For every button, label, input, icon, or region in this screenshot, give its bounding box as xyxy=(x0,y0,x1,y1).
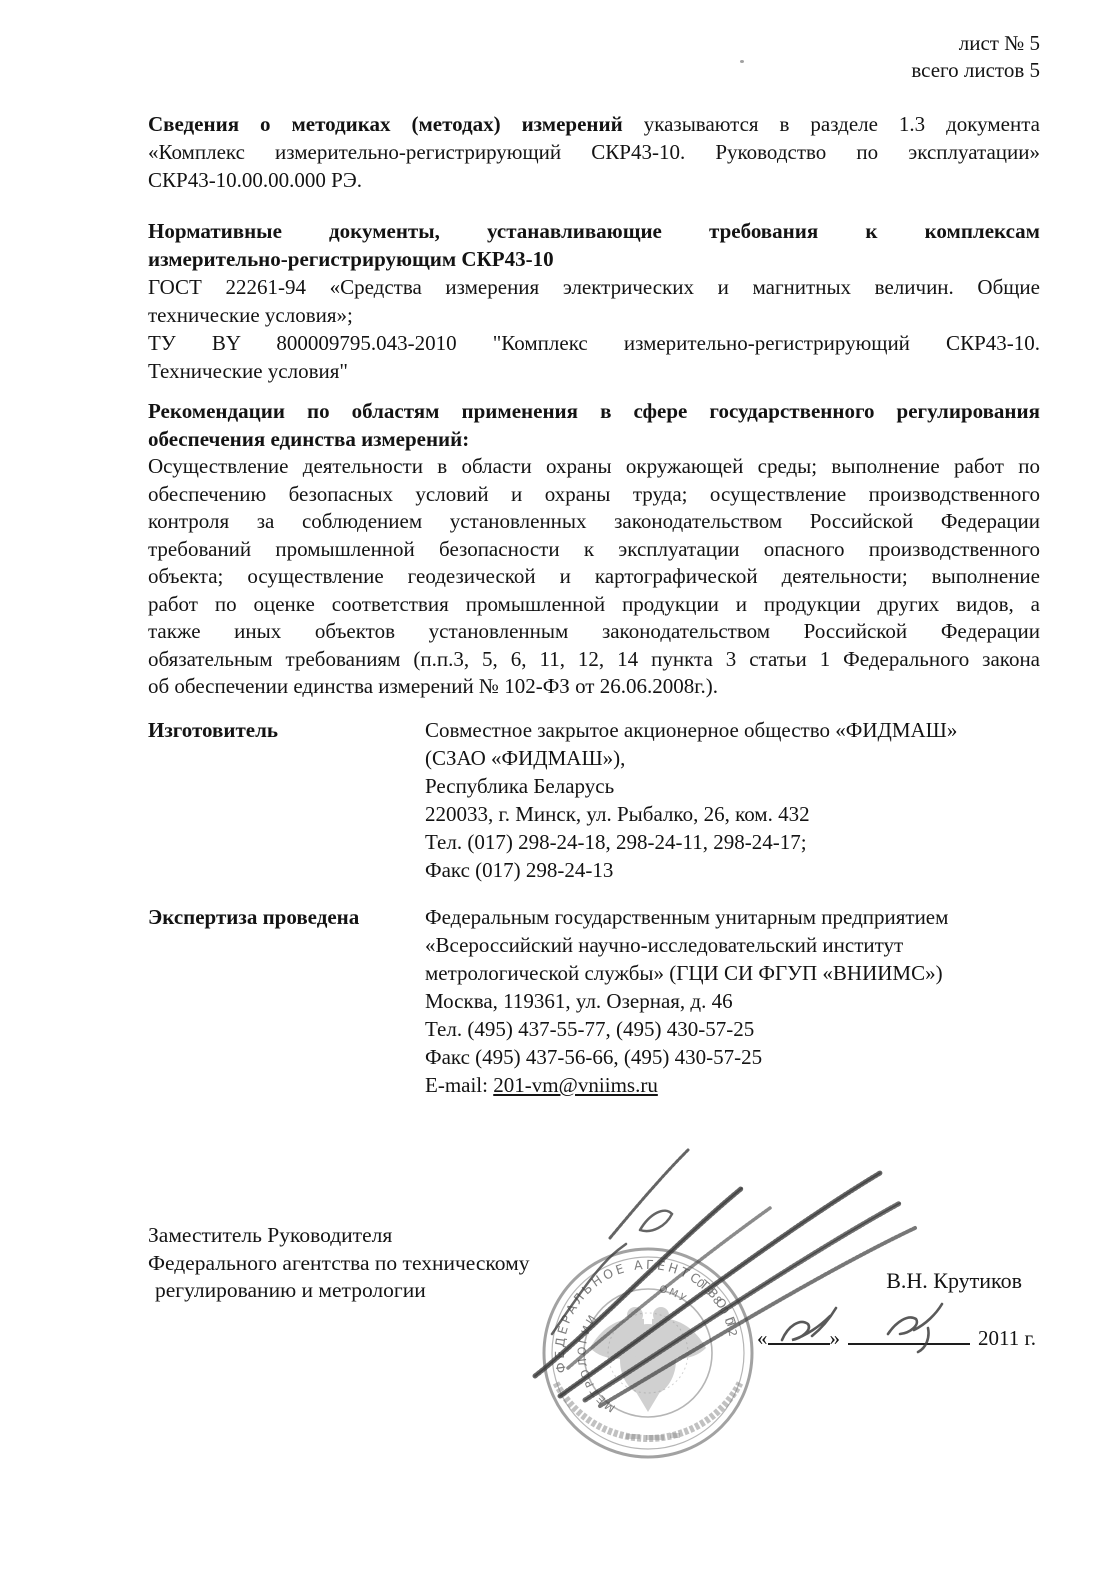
expertise-row: Экспертиза проведена Федеральным государ… xyxy=(148,903,1040,1099)
normative-body-line-3: ТУ BY 800009795.043-2010 "Комплекс измер… xyxy=(148,329,1040,357)
expertise-line: Москва, 119361, ул. Озерная, д. 46 xyxy=(425,987,1040,1015)
manufacturer-label: Изготовитель xyxy=(148,716,425,744)
date-day-handwriting xyxy=(782,1308,836,1340)
methods-line-3: СКР43-10.00.00.000 РЭ. xyxy=(148,166,1040,194)
methods-line-1-rest: указываются в разделе 1.3 документа xyxy=(623,112,1040,136)
normative-heading-line-1: Нормативные документы, устанавливающие т… xyxy=(148,217,1040,245)
expertise-line: Тел. (495) 437-55-77, (495) 430-57-25 xyxy=(425,1015,1040,1043)
manufacturer-line: (СЗАО «ФИДМАШ»), xyxy=(425,744,1040,772)
expertise-line: метрологической службы» (ГЦИ СИ ФГУП «ВН… xyxy=(425,959,1040,987)
recommendations-body-line-3: контроля за соблюдением установленных за… xyxy=(148,508,1040,536)
signature-strokes xyxy=(535,1150,915,1406)
expertise-label: Экспертиза проведена xyxy=(148,903,425,931)
recommendations-body-line-9: об обеспечении единства измерений № 102-… xyxy=(148,673,1040,701)
recommendations-body-line-7: также иных объектов установленным законо… xyxy=(148,618,1040,646)
manufacturer-line: Факс (017) 298-24-13 xyxy=(425,856,1040,884)
methods-line-1: Сведения о методиках (методах) измерений… xyxy=(148,110,1040,138)
email-label: E-mail: xyxy=(425,1073,493,1097)
sheet-numbering: лист № 5 всего листов 5 xyxy=(911,30,1040,84)
normative-heading-line-2: измерительно-регистрирующим СКР43-10 xyxy=(148,245,1040,273)
expertise-line: Факс (495) 437-56-66, (495) 430-57-25 xyxy=(425,1043,1040,1071)
date-month-handwriting xyxy=(888,1304,942,1352)
manufacturer-line: Республика Беларусь xyxy=(425,772,1040,800)
email-link[interactable]: 201-vm@vniims.ru xyxy=(493,1073,658,1097)
normative-section: Нормативные документы, устанавливающие т… xyxy=(148,217,1040,385)
recommendations-heading-line-1: Рекомендации по областям применения в сф… xyxy=(148,398,1040,426)
official-stamp: ФЕДЕРАЛЬНОЕ АГЕНТСТВО ПО МЕТРОЛОГИИ ОМУ … xyxy=(440,1138,1000,1520)
manufacturer-line: Совместное закрытое акционерное общество… xyxy=(425,716,1040,744)
methods-paragraph: Сведения о методиках (методах) измерений… xyxy=(148,110,1040,194)
normative-body-line-1: ГОСТ 22261-94 «Средства измерения электр… xyxy=(148,273,1040,301)
expertise-line: «Всероссийский научно-исследовательский … xyxy=(425,931,1040,959)
normative-body-line-2: технические условия»; xyxy=(148,301,1040,329)
stamp-eagle-emblem xyxy=(590,1307,706,1440)
recommendations-heading-line-2: обеспечения единства измерений: xyxy=(148,426,1040,454)
manufacturer-line: Тел. (017) 298-24-18, 298-24-11, 298-24-… xyxy=(425,828,1040,856)
methods-line-2: «Комплекс измерительно-регистрирующий СК… xyxy=(148,138,1040,166)
recommendations-body-line-1: Осуществление деятельности в области охр… xyxy=(148,453,1040,481)
expertise-details: Федеральным государственным унитарным пр… xyxy=(425,903,1040,1099)
document-page: лист № 5 всего листов 5 Сведения о метод… xyxy=(0,0,1098,1572)
manufacturer-details: Совместное закрытое акционерное общество… xyxy=(425,716,1040,884)
recommendations-body-line-5: объекта; осуществление геодезической и к… xyxy=(148,563,1040,591)
scan-artifact-dot xyxy=(740,60,744,63)
recommendations-section: Рекомендации по областям применения в сф… xyxy=(148,398,1040,701)
normative-body-line-4: Технические условия" xyxy=(148,357,1040,385)
recommendations-body-line-2: обеспечению безопасных условий и охраны … xyxy=(148,481,1040,509)
expertise-email-line: E-mail: 201-vm@vniims.ru xyxy=(425,1071,1040,1099)
recommendations-body-line-6: работ по оценке соответствия промышленно… xyxy=(148,591,1040,619)
sheet-number: лист № 5 xyxy=(911,30,1040,57)
recommendations-body-line-8: обязательным требованиям (п.п.3, 5, 6, 1… xyxy=(148,646,1040,674)
methods-lead-bold: Сведения о методиках (методах) измерений xyxy=(148,112,623,136)
total-sheets: всего листов 5 xyxy=(911,57,1040,84)
manufacturer-line: 220033, г. Минск, ул. Рыбалко, 26, ком. … xyxy=(425,800,1040,828)
expertise-line: Федеральным государственным унитарным пр… xyxy=(425,903,1040,931)
recommendations-body-line-4: требований промышленной безопасности к э… xyxy=(148,536,1040,564)
manufacturer-row: Изготовитель Совместное закрытое акционе… xyxy=(148,716,1040,884)
